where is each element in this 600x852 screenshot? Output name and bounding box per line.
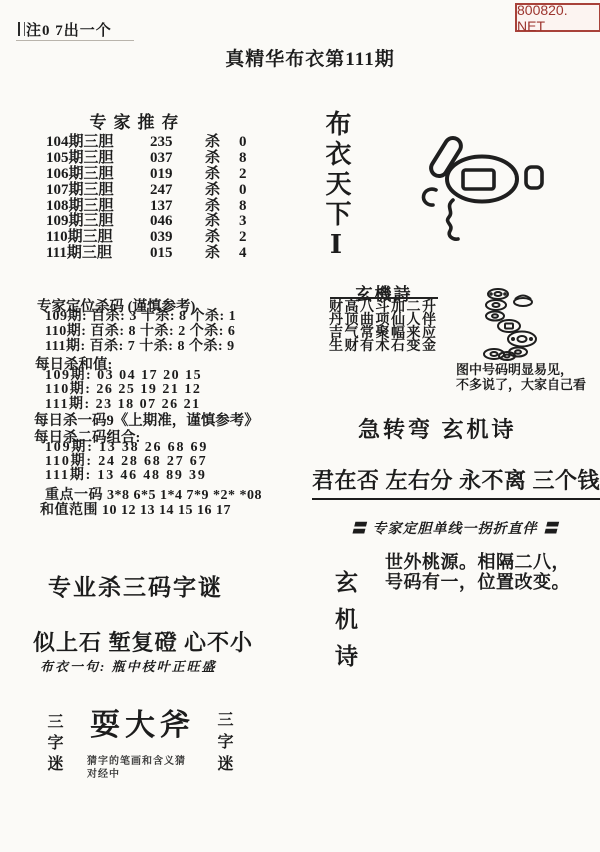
expert-recommend-header: 专家推存 — [55, 108, 220, 133]
row-period: 106期三胆 — [46, 167, 150, 183]
row-kill-label: 杀 — [205, 214, 239, 230]
row-period: 105期三胆 — [46, 151, 150, 167]
three-char-riddle: 耍大斧 — [90, 700, 195, 744]
row-kill: 4 — [239, 246, 247, 262]
buyi-sentence: 布衣一句: 瓶中枝叶正旺盛 — [40, 656, 217, 675]
final-poem: 世外桃源。相隔二八， 号码有一，位置改变。 — [385, 553, 570, 592]
table-row: 110期三胆039杀2 — [46, 230, 247, 246]
riddle-note-line1: 猜字的笔画和含义猜 — [87, 755, 186, 768]
scanned-lottery-sheet: 注0 7出一个 真精华布衣第111期 800820. NET 专家推存 104期… — [0, 0, 600, 852]
row-kill: 3 — [239, 214, 247, 230]
row-period: 111期三胆 — [46, 246, 150, 262]
row-dan: 037 — [150, 151, 205, 167]
buyi-tianxia-vertical-title: 布衣天下Ⅰ — [318, 110, 355, 264]
list-item: 111期: 13 46 48 89 39 — [45, 469, 208, 483]
divider-mark-left: 〓 — [352, 518, 367, 538]
row-dan: 046 — [150, 214, 205, 230]
site-badge: 800820. NET — [515, 3, 600, 32]
caption-line1: 图中号码明显易见， — [456, 362, 586, 377]
table-row: 106期三胆019杀2 — [46, 167, 247, 183]
row-dan: 137 — [150, 199, 205, 215]
poem-line: 世外桃源。相隔二八， — [385, 553, 570, 573]
daily-two-combo-list: 109期: 13 38 26 68 69 110期: 24 28 68 27 6… — [45, 441, 208, 484]
xuanji-header-underline — [330, 297, 438, 299]
top-note: 注0 7出一个 — [26, 19, 112, 40]
row-dan: 039 — [150, 230, 205, 246]
row-kill: 8 — [239, 199, 247, 215]
divider-text: 专家定胆单线一拐折直伴 — [373, 518, 538, 538]
row-kill: 0 — [239, 183, 247, 199]
row-period: 104期三胆 — [46, 135, 150, 151]
left-edge-fragment — [18, 22, 25, 36]
list-item: 110期: 26 25 19 21 12 — [45, 383, 202, 397]
riddle-note: 猜字的笔画和含义猜 对经中 — [87, 755, 186, 781]
position-kill-list: 109期: 百杀: 3 十杀: 8 个杀: 1 110期: 百杀: 8 十杀: … — [45, 310, 236, 354]
page-title: 真精华布衣第111期 — [0, 44, 600, 71]
riddle-header: 专业杀三码字谜 — [48, 569, 223, 602]
turn-poem-header: 急转弯 玄机诗 — [358, 413, 517, 444]
table-row: 105期三胆037杀8 — [46, 151, 247, 167]
row-kill: 8 — [239, 151, 247, 167]
table-row: 111期三胆015杀4 — [46, 246, 247, 262]
expert-recommend-list: 104期三胆235杀0 105期三胆037杀8 106期三胆019杀2 107期… — [46, 135, 247, 262]
list-item: 110期: 百杀: 8 十杀: 2 个杀: 6 — [45, 325, 236, 340]
row-kill-label: 杀 — [205, 151, 239, 167]
row-kill-label: 杀 — [205, 167, 239, 183]
row-period: 110期三胆 — [46, 230, 150, 246]
row-dan: 235 — [150, 135, 205, 151]
poem-line: 号码有一，位置改变。 — [385, 573, 570, 593]
daily-kill-sum-list: 109期: 03 04 17 20 15 110期: 26 25 19 21 1… — [45, 369, 202, 412]
xuanji-poem: 财高八斗加二升 丹顶曲项仙人伴 吉气常聚幅来应 生财有术石变金 — [329, 301, 438, 353]
row-dan: 247 — [150, 183, 205, 199]
three-char-label-left: 三字迷 — [42, 713, 65, 776]
row-dan: 015 — [150, 246, 205, 262]
row-kill-label: 杀 — [205, 246, 239, 262]
row-kill-label: 杀 — [205, 230, 239, 246]
coin-stack-sketch — [474, 286, 548, 362]
row-dan: 019 — [150, 167, 205, 183]
row-kill: 2 — [239, 167, 247, 183]
table-row: 107期三胆247杀0 — [46, 183, 247, 199]
expert-divider: 〓 专家定胆单线一拐折直伴 〓 — [330, 518, 580, 538]
row-kill: 2 — [239, 230, 247, 246]
hand-drawn-doodle-sketch — [410, 134, 550, 246]
sum-range-value: 10 12 13 14 15 16 17 — [102, 503, 231, 518]
row-kill-label: 杀 — [205, 135, 239, 151]
sum-range-label: 和值范围 — [40, 503, 98, 518]
final-poem-vertical-title: 玄机诗 — [328, 570, 361, 681]
three-char-label-right: 三字迷 — [212, 711, 235, 777]
coin-sketch-caption: 图中号码明显易见， 不多说了，大家自己看 — [456, 362, 586, 392]
riddle-line: 似上石 堑复磴 心不小 — [33, 626, 253, 657]
divider-mark-right: 〓 — [544, 518, 559, 538]
row-kill-label: 杀 — [205, 183, 239, 199]
row-period: 109期三胆 — [46, 214, 150, 230]
top-note-underline — [16, 40, 134, 41]
table-row: 104期三胆235杀0 — [46, 135, 247, 151]
poem-line: 生财有术石变金 — [329, 340, 438, 353]
turn-poem-line: 君在否 左右分 永不离 三个钱 — [312, 464, 600, 500]
sum-range-line: 和值范围 10 12 13 14 15 16 17 — [40, 499, 231, 519]
table-row: 109期三胆046杀3 — [46, 214, 247, 230]
row-kill: 0 — [239, 135, 247, 151]
riddle-note-line2: 对经中 — [87, 768, 186, 781]
row-period: 107期三胆 — [46, 183, 150, 199]
list-item: 109期: 百杀: 3 十杀: 8 个杀: 1 — [45, 310, 236, 325]
caption-line2: 不多说了，大家自己看 — [456, 377, 586, 392]
